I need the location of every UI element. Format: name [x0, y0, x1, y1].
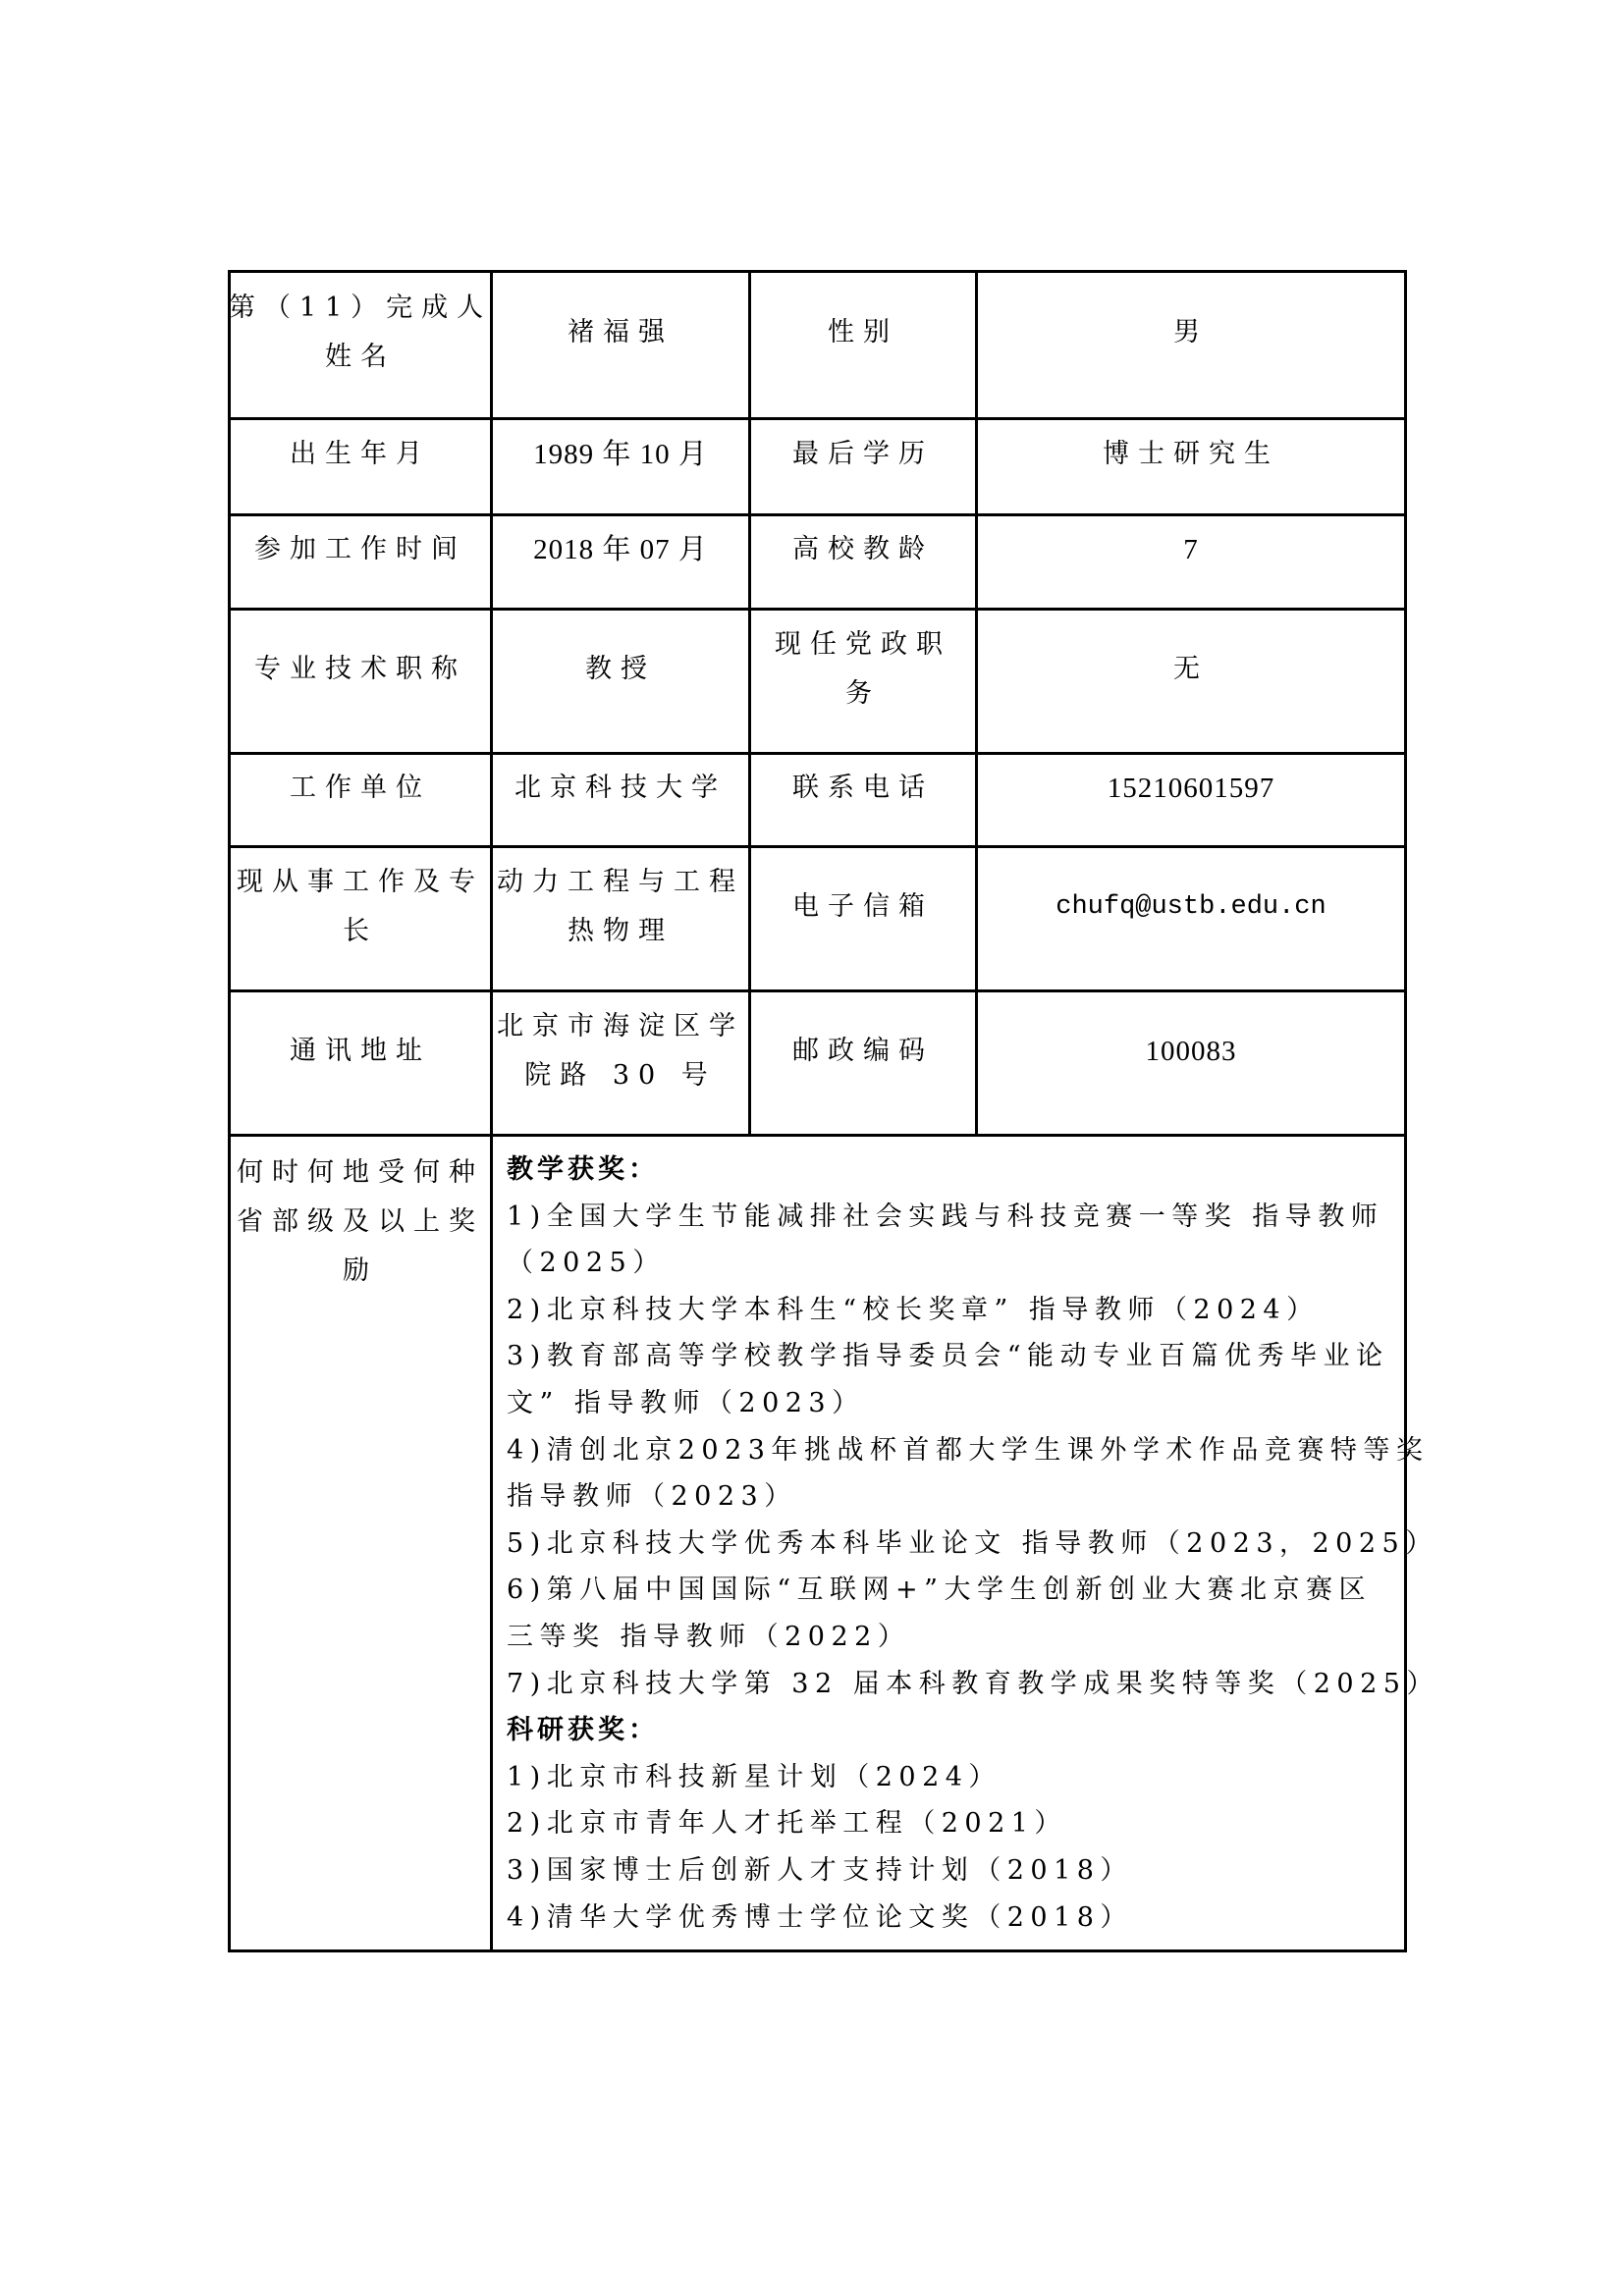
label-text: 参加工作时间	[254, 525, 466, 574]
label-awards-cell: 何时何地受何种 省部级及以上奖 励	[231, 1137, 490, 1949]
label-text: 电子信箱	[792, 882, 934, 932]
value-education-cell: 博士研究生	[975, 420, 1404, 513]
teaching-years-value: 7	[1183, 525, 1199, 574]
teaching-award-item: 6)第八届中国国际“互联网+”大学生创新创业大赛北京赛区	[507, 1567, 1372, 1614]
table-row: 出生年月 1989 年 10 月 最后学历 博士研究生	[231, 417, 1404, 513]
specialty-value: 动力工程与工程	[497, 858, 744, 907]
value-address-cell: 北京市海淀区学 院路 30 号	[490, 992, 748, 1134]
table-row: 第（11）完成人 姓名 褚福强 性别 男	[231, 273, 1404, 417]
label-text: 通讯地址	[290, 1027, 431, 1076]
education-value: 博士研究生	[1103, 430, 1279, 479]
label-text: 专业技术职称	[254, 645, 466, 694]
label-text: 高校教龄	[792, 525, 934, 574]
teaching-award-item: 3)教育部高等学校教学指导委员会“能动专业百篇优秀毕业论	[507, 1333, 1389, 1380]
personal-info-table: 第（11）完成人 姓名 褚福强 性别 男 出生年月 1989 年 10 月 最后…	[228, 270, 1407, 1952]
label-text: 现任党政职	[775, 620, 951, 669]
label-email-cell: 电子信箱	[748, 848, 975, 989]
teaching-awards-heading: 教学获奖：	[507, 1147, 659, 1194]
title-value: 教授	[585, 645, 656, 694]
gender-value: 男	[1173, 308, 1209, 357]
label-text: 第（11）完成人	[229, 284, 492, 333]
label-address-cell: 通讯地址	[231, 992, 490, 1134]
label-text: 工作单位	[290, 764, 431, 813]
research-award-item: 3)国家博士后创新人才支持计划（2018）	[507, 1847, 1133, 1895]
position-value: 无	[1173, 645, 1209, 694]
value-position-cell: 无	[975, 611, 1404, 752]
teaching-award-item: 4)清创北京2023年挑战杯首都大学生课外学术作品竞赛特等奖	[507, 1427, 1429, 1474]
label-text: 省部级及以上奖	[237, 1198, 484, 1247]
label-text: 现从事工作及专	[237, 858, 484, 907]
label-education-cell: 最后学历	[748, 420, 975, 513]
label-postcode-cell: 邮政编码	[748, 992, 975, 1134]
table-row: 专业技术职称 教授 现任党政职 务 无	[231, 608, 1404, 752]
research-award-item: 1)北京市科技新星计划（2024）	[507, 1754, 1001, 1801]
value-phone-cell: 15210601597	[975, 755, 1404, 845]
teaching-award-item: 三等奖 指导教师（2022）	[507, 1614, 910, 1661]
label-employer-cell: 工作单位	[231, 755, 490, 845]
teaching-award-item: 5)北京科技大学优秀本科毕业论文 指导教师（2023，2025）	[507, 1521, 1438, 1568]
label-gender-cell: 性别	[748, 273, 975, 417]
teaching-award-item: 指导教师（2023）	[507, 1473, 797, 1521]
label-text: 联系电话	[792, 764, 934, 813]
value-name-cell: 褚福强	[490, 273, 748, 417]
label-text: 邮政编码	[792, 1027, 934, 1076]
research-awards-heading: 科研获奖：	[507, 1707, 659, 1754]
table-row: 现从事工作及专 长 动力工程与工程 热物理 电子信箱 chufq@ustb.ed…	[231, 845, 1404, 989]
label-text: 性别	[828, 308, 898, 357]
label-text: 务	[845, 669, 881, 719]
work-start-value: 2018 年 07 月	[533, 525, 708, 574]
postcode-value: 100083	[1146, 1027, 1237, 1076]
label-work-start-cell: 参加工作时间	[231, 516, 490, 608]
research-award-item: 2)北京市青年人才托举工程（2021）	[507, 1800, 1067, 1847]
value-postcode-cell: 100083	[975, 992, 1404, 1134]
teaching-award-item: 7)北京科技大学第 32 届本科教育教学成果奖特等奖（2025）	[507, 1661, 1439, 1708]
value-birth-cell: 1989 年 10 月	[490, 420, 748, 513]
table-row: 参加工作时间 2018 年 07 月 高校教龄 7	[231, 513, 1404, 608]
label-name-cell: 第（11）完成人 姓名	[231, 273, 490, 417]
label-text: 姓名	[325, 333, 396, 382]
birth-value: 1989 年 10 月	[533, 430, 708, 479]
teaching-award-item: （2025）	[507, 1240, 666, 1287]
label-text: 最后学历	[792, 430, 934, 479]
label-title-cell: 专业技术职称	[231, 611, 490, 752]
label-text: 何时何地受何种	[237, 1148, 484, 1198]
value-email-cell: chufq@ustb.edu.cn	[975, 848, 1404, 989]
table-row: 通讯地址 北京市海淀区学 院路 30 号 邮政编码 100083	[231, 989, 1404, 1134]
label-teaching-years-cell: 高校教龄	[748, 516, 975, 608]
employer-value: 北京科技大学	[514, 764, 727, 813]
teaching-award-item: 1)全国大学生节能减排社会实践与科技竞赛一等奖 指导教师	[507, 1194, 1383, 1241]
label-text: 长	[343, 907, 378, 956]
label-text: 出生年月	[290, 430, 431, 479]
value-gender-cell: 男	[975, 273, 1404, 417]
specialty-value: 热物理	[568, 907, 674, 956]
label-birth-cell: 出生年月	[231, 420, 490, 513]
value-work-start-cell: 2018 年 07 月	[490, 516, 748, 608]
teaching-award-item: 文” 指导教师（2023）	[507, 1380, 865, 1427]
address-value: 北京市海淀区学	[497, 1002, 744, 1051]
value-employer-cell: 北京科技大学	[490, 755, 748, 845]
label-text: 励	[343, 1247, 378, 1296]
label-phone-cell: 联系电话	[748, 755, 975, 845]
table-row: 工作单位 北京科技大学 联系电话 15210601597	[231, 752, 1404, 845]
label-specialty-cell: 现从事工作及专 长	[231, 848, 490, 989]
research-award-item: 4)清华大学优秀博士学位论文奖（2018）	[507, 1895, 1133, 1942]
awards-content-cell: 教学获奖： 1)全国大学生节能减排社会实践与科技竞赛一等奖 指导教师 （2025…	[490, 1137, 1451, 1949]
value-specialty-cell: 动力工程与工程 热物理	[490, 848, 748, 989]
value-teaching-years-cell: 7	[975, 516, 1404, 608]
table-row-awards: 何时何地受何种 省部级及以上奖 励 教学获奖： 1)全国大学生节能减排社会实践与…	[231, 1134, 1404, 1949]
phone-value: 15210601597	[1108, 764, 1275, 813]
label-position-cell: 现任党政职 务	[748, 611, 975, 752]
name-value: 褚福强	[568, 308, 674, 357]
email-value: chufq@ustb.edu.cn	[1056, 882, 1326, 932]
address-value: 院路 30 号	[524, 1051, 717, 1100]
teaching-award-item: 2)北京科技大学本科生“校长奖章” 指导教师（2024）	[507, 1287, 1320, 1334]
value-title-cell: 教授	[490, 611, 748, 752]
